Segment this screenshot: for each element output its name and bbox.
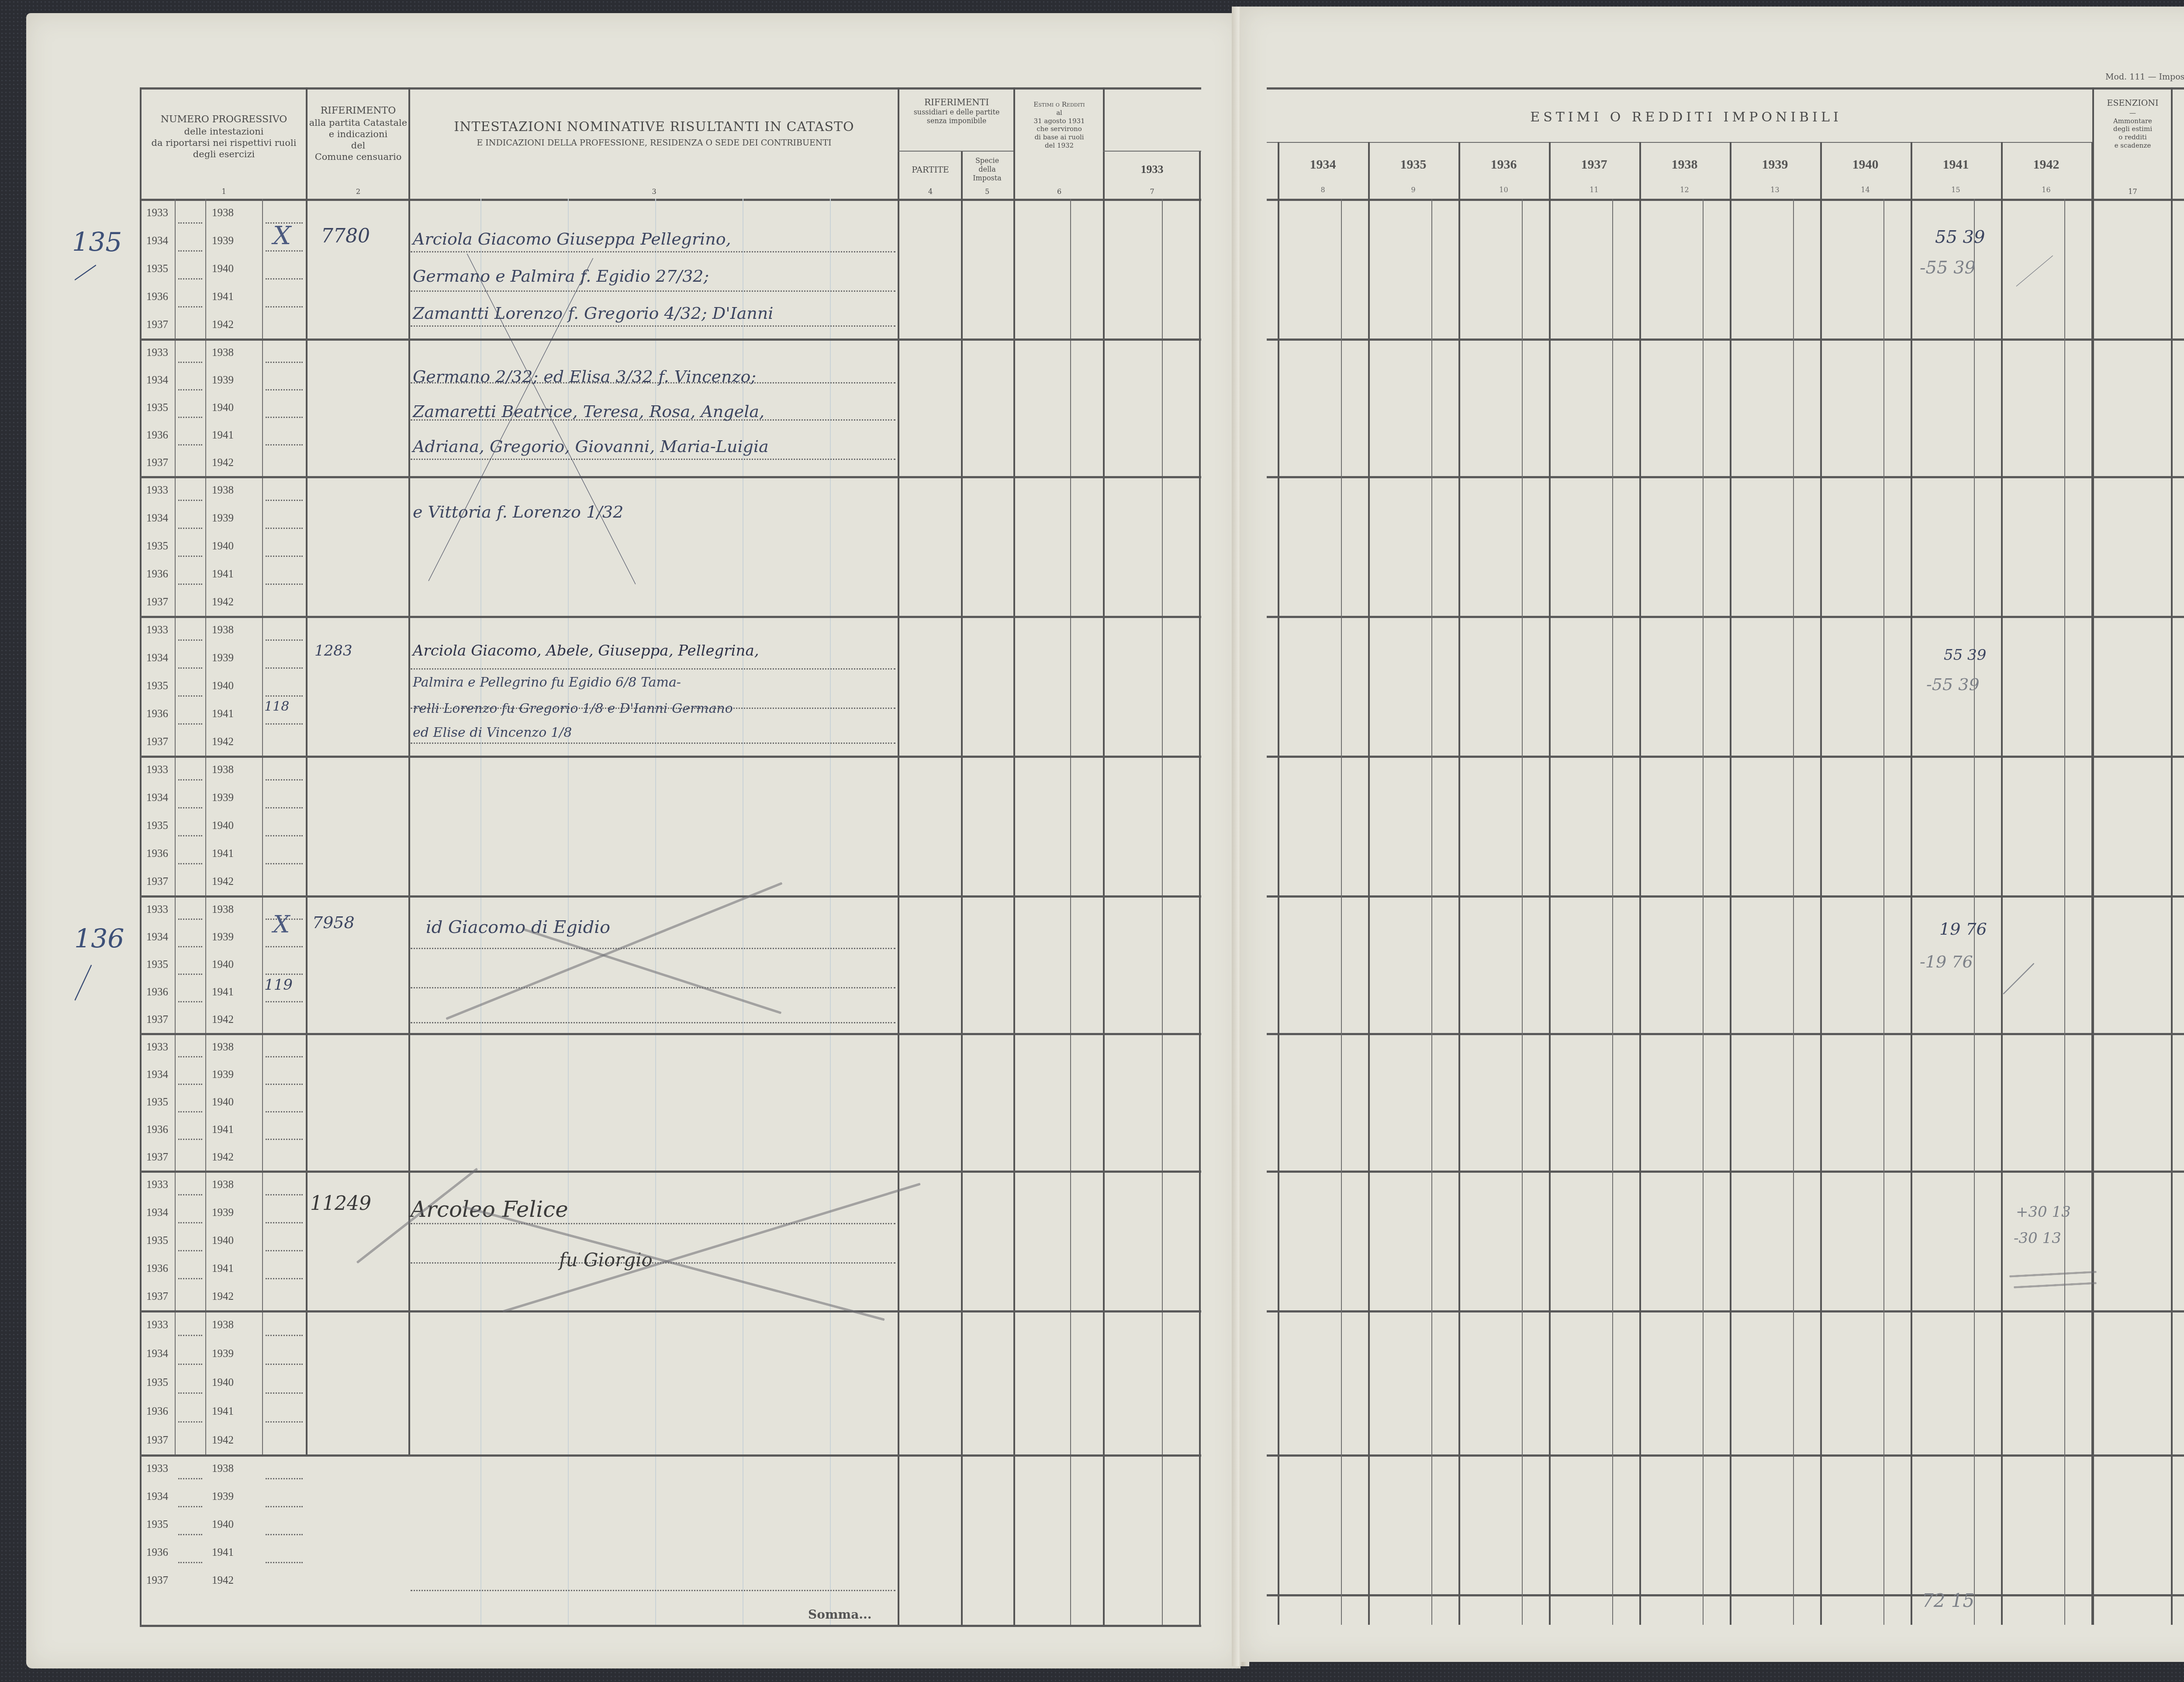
cents-divider [1793, 199, 1794, 1625]
header-sub: delle intestazioni [142, 126, 306, 137]
ruling [178, 417, 202, 418]
header-sub: e scadenze [2094, 142, 2171, 150]
ruling [266, 250, 303, 252]
entry-mark: X [273, 911, 290, 938]
year-label: 1941 [212, 1406, 234, 1418]
ruling [266, 1478, 303, 1479]
header-title: ANNOTAZIONI [2173, 132, 2184, 144]
header-title: Specie [961, 156, 1013, 165]
year-label: 1935 [146, 263, 168, 275]
year-label: 1942 [212, 1291, 234, 1303]
header-numero-progressivo: NUMERO PROGRESSIVO delle intestazioni da… [142, 92, 306, 199]
right-page-title: ESTIMI O REDDITI IMPONIBILI [1280, 109, 2092, 126]
header-sub: di base ai ruoli [1016, 133, 1103, 142]
ruling [178, 695, 202, 697]
ruling [178, 1222, 202, 1223]
year-column-header: 1934 [1278, 157, 1368, 172]
entry-partita: 7780 [321, 225, 370, 247]
ruling [178, 1478, 202, 1479]
ruling [178, 639, 202, 641]
year-label: 1940 [212, 263, 234, 275]
year-label: 1934 [146, 512, 168, 525]
ruling [178, 1139, 202, 1140]
ruling [178, 1421, 202, 1423]
header-1933: 1933 7 [1105, 153, 1199, 199]
year-column-header: 1936 [1458, 157, 1549, 172]
year-label: 1941 [212, 1547, 234, 1559]
ruling [178, 500, 202, 501]
year-label: 1940 [212, 959, 234, 971]
year-label: 1940 [212, 1377, 234, 1389]
year-label: 1941 [212, 568, 234, 580]
value-1941: 55 39 [1935, 227, 1985, 247]
ruling [178, 919, 202, 920]
year-label: 1936 [146, 1263, 168, 1275]
year-label: 1942 [212, 876, 234, 888]
year-label: 1933 [146, 624, 168, 636]
header-sub: — [2094, 109, 2171, 117]
ruling [266, 1056, 303, 1057]
ruling [266, 1392, 303, 1394]
entry-mark: X [273, 221, 291, 250]
cents-divider [1703, 199, 1704, 1625]
ruling [266, 1084, 303, 1085]
year-label: 1942 [212, 319, 234, 331]
year-label: 1938 [212, 904, 234, 916]
year-column-header: 1938 [1639, 157, 1730, 172]
year-label: 1933 [146, 1463, 168, 1475]
column-divider [2001, 142, 2003, 1625]
year-label: 1939 [212, 1348, 234, 1360]
year-label: 1935 [146, 540, 168, 553]
ruling [178, 1364, 202, 1365]
column-number: 1 [142, 187, 306, 196]
year-label: 1933 [146, 1041, 168, 1053]
value-1941-minus: -55 39 [1926, 675, 1980, 694]
ruling [266, 723, 303, 725]
ruling [178, 1534, 202, 1535]
entry-note-1941: 118 [264, 699, 289, 714]
year-label: 1941 [212, 848, 234, 860]
year-label: 1941 [212, 1263, 234, 1275]
header-title: ESENZIONI [2094, 98, 2171, 109]
ruling [178, 807, 202, 808]
entry-line: Germano e Palmira f. Egidio 27/32; [413, 266, 709, 286]
entry-partita: 1283 [314, 642, 352, 660]
header-sub: al [1016, 109, 1103, 117]
year-label: 1938 [212, 484, 234, 497]
ruling [178, 667, 202, 669]
ruling [178, 556, 202, 557]
column-number: 13 [1730, 186, 1820, 194]
column-number: 15 [1911, 186, 2001, 194]
year-label: 1938 [212, 347, 234, 359]
year-label: 1933 [146, 347, 168, 359]
entry-note-1941: 119 [264, 976, 293, 994]
ruling [178, 1111, 202, 1112]
year-label: 1939 [212, 374, 234, 387]
ruling [266, 667, 303, 669]
year-label: 1934 [146, 1348, 168, 1360]
column-divider [1730, 142, 1731, 1625]
header-riferimenti-sussidiari: RIFERIMENTI sussidiari e delle partite s… [900, 92, 1013, 151]
ruling [178, 1001, 202, 1002]
value-1941: 19 76 [1939, 919, 1987, 939]
ruling [178, 946, 202, 947]
header-estimi-1931: Estimi o Redditi al 31 agosto 1931 che s… [1016, 92, 1103, 199]
year-label: 1934 [146, 652, 168, 664]
column-number: 18 [2173, 187, 2184, 196]
column-number: 3 [411, 187, 898, 196]
ruling [266, 444, 303, 446]
year-label: 1939 [212, 792, 234, 804]
column-divider [1911, 142, 1912, 1625]
column-number: 6 [1016, 187, 1103, 196]
column-number: 2 [308, 187, 408, 196]
year-label: 1938 [212, 207, 234, 219]
year-label: 1940 [212, 1235, 234, 1247]
entry-line: Zamantti Lorenzo f. Gregorio 4/32; D'Ian… [413, 304, 773, 323]
year-label: 1938 [212, 1041, 234, 1053]
cents-divider [1431, 199, 1432, 1625]
year-label: 1933 [146, 207, 168, 219]
year-label: 1934 [146, 1491, 168, 1503]
year-label: 1941 [212, 1124, 234, 1136]
year-label: 1941 [212, 291, 234, 303]
ruling [266, 500, 303, 501]
ruling [266, 389, 303, 390]
entry-partita: 7958 [312, 913, 355, 932]
ruling [266, 362, 303, 363]
year-label: 1936 [146, 1406, 168, 1418]
year-label: 1937 [146, 876, 168, 888]
year-label: 1936 [146, 1124, 168, 1136]
entry-line: relli Lorenzo fu Gregorio 1/8 e D'Ianni … [413, 701, 733, 716]
ruling [266, 278, 303, 280]
cents-divider [1974, 199, 1975, 1625]
entry-line: Arciola Giacomo, Abele, Giuseppa, Pelleg… [413, 642, 759, 660]
header-title: PARTITE [900, 165, 961, 176]
header-sub: 31 agosto 1931 [1016, 117, 1103, 125]
header-title: NUMERO PROGRESSIVO [142, 114, 306, 126]
header-title: INTESTAZIONI NOMINATIVE RISULTANTI IN CA… [411, 119, 898, 135]
year-label: 1940 [212, 540, 234, 553]
header-sub: Ammontare [2094, 117, 2171, 125]
ruling [266, 695, 303, 697]
ruling [266, 974, 303, 975]
value-1941-minus: -55 39 [1920, 258, 1976, 278]
ruling [266, 1222, 303, 1223]
cents-divider [1883, 199, 1884, 1625]
year-label: 1938 [212, 1319, 234, 1331]
ruling [178, 528, 202, 529]
year-label: 1938 [212, 1179, 234, 1191]
year-label: 1936 [146, 1547, 168, 1559]
ruling [266, 1139, 303, 1140]
ruling [178, 1250, 202, 1251]
year-label: 1935 [146, 402, 168, 414]
ruling [178, 222, 202, 224]
value-1941: 55 39 [1944, 646, 1986, 664]
entry-line: e Vittoria f. Lorenzo 1/32 [413, 502, 623, 522]
year-label: 1939 [212, 931, 234, 943]
header-sub: o redditi [2094, 133, 2171, 142]
column-number: 4 [900, 187, 961, 196]
column-number: 8 [1278, 186, 1368, 194]
year-label: 1940 [212, 820, 234, 832]
year-label: 1935 [146, 1377, 168, 1389]
entry-line: id Giacomo di Egidio [426, 917, 610, 937]
ruling [266, 1506, 303, 1507]
year-label: 1940 [212, 402, 234, 414]
year-label: 1939 [212, 235, 234, 247]
year-label: 1938 [212, 624, 234, 636]
somma-1941: 72 15 [1922, 1590, 1974, 1611]
year-label: 1936 [146, 568, 168, 580]
year-label: 1935 [146, 820, 168, 832]
cents-divider [2064, 199, 2065, 1625]
cents-divider [1341, 199, 1342, 1625]
year-label: 1936 [146, 291, 168, 303]
header-sub: E INDICAZIONI DELLA PROFESSIONE, RESIDEN… [411, 138, 898, 149]
ruling [266, 1534, 303, 1535]
year-label: 1942 [212, 1434, 234, 1447]
ruling [266, 1335, 303, 1336]
column-number: 7 [1105, 187, 1199, 196]
year-label: 1942 [212, 736, 234, 748]
header-intestazioni: INTESTAZIONI NOMINATIVE RISULTANTI IN CA… [411, 92, 898, 199]
header-riferimento: RIFERIMENTO alla partita Catastale e ind… [308, 92, 408, 199]
ruling [178, 306, 202, 307]
ruling [178, 389, 202, 390]
ruling [266, 528, 303, 529]
year-label: 1935 [146, 1519, 168, 1531]
year-label: 1935 [146, 680, 168, 692]
somma-label: Somma... [808, 1607, 872, 1622]
year-label: 1935 [146, 959, 168, 971]
header-specie-imposta: Specie della Imposta 5 [961, 153, 1013, 199]
ruling [266, 306, 303, 307]
year-label: 1933 [146, 484, 168, 497]
year-label: 1939 [212, 652, 234, 664]
header-esenzioni: ESENZIONI — Ammontare degli estimi o red… [2094, 94, 2171, 199]
year-label: 1936 [146, 986, 168, 998]
estimi-title: ESTIMI O REDDITI IMPONIBILI [1280, 109, 2092, 126]
form-model-label: Mod. 111 — Imposte Dirette (intercalare) [2105, 72, 2184, 82]
year-label: 1936 [146, 848, 168, 860]
year-label: 1933 [146, 1319, 168, 1331]
year-label: 1942 [212, 1014, 234, 1026]
year-label: 1942 [212, 1575, 234, 1587]
year-label: 1941 [212, 429, 234, 442]
ruling [266, 556, 303, 557]
year-column-header: 1937 [1549, 157, 1639, 172]
year-label: 1933 [146, 904, 168, 916]
year-label: 1934 [146, 931, 168, 943]
header-annotazioni: ANNOTAZIONI 18 [2173, 94, 2184, 199]
year-label: 1937 [146, 457, 168, 469]
year-column-header: 1939 [1730, 157, 1820, 172]
entry-line: Zamaretti Beatrice, Teresa, Rosa, Angela… [413, 402, 764, 421]
year-label: 1934 [146, 235, 168, 247]
ruling [178, 1335, 202, 1336]
column-divider [2091, 142, 2093, 1625]
year-label: 1934 [146, 792, 168, 804]
column-divider [1820, 142, 1822, 1625]
ruling [266, 863, 303, 864]
year-label: 1941 [212, 708, 234, 720]
year-label: 1939 [212, 512, 234, 525]
entry-line: Arciola Giacomo Giuseppa Pellegrino, [413, 229, 731, 249]
column-number: 17 [2094, 187, 2171, 196]
column-divider [1458, 142, 1460, 1625]
ruling [266, 1364, 303, 1365]
ruling [266, 807, 303, 808]
year-label: 1939 [212, 1069, 234, 1081]
ruling [266, 835, 303, 836]
entry-line: ed Elise di Vincenzo 1/8 [413, 725, 572, 740]
header-partite: PARTITE 4 [900, 153, 961, 199]
column-number: 16 [2001, 186, 2091, 194]
year-column-header: 1935 [1368, 157, 1458, 172]
year-label: 1942 [212, 1151, 234, 1164]
year-label: 1937 [146, 736, 168, 748]
year-column-header: 1940 [1820, 157, 1911, 172]
header-sub: del 1932 [1016, 142, 1103, 150]
ruling [178, 723, 202, 725]
year-label: 1939 [212, 1491, 234, 1503]
year-label: 1937 [146, 1575, 168, 1587]
header-title: Estimi o Redditi [1016, 100, 1103, 109]
year-label: 1937 [146, 1151, 168, 1164]
value-1941-minus: -19 76 [1920, 952, 1973, 971]
ruling [178, 278, 202, 280]
year-label: 1934 [146, 1207, 168, 1219]
header-sub: degli esercizi [142, 149, 306, 160]
year-label: 1939 [212, 1207, 234, 1219]
value-1941-minus: -30 13 [2014, 1230, 2061, 1247]
ruling [266, 1250, 303, 1251]
right-page [1241, 7, 2184, 1662]
year-label: 1933 [146, 1179, 168, 1191]
ruling [266, 1421, 303, 1423]
ruling [178, 1392, 202, 1394]
header-sub: e indicazioni [308, 128, 408, 140]
year-label: 1937 [146, 1291, 168, 1303]
ruling [178, 1506, 202, 1507]
header-sub: sussidiari e delle partite [900, 108, 1013, 117]
column-number: 14 [1820, 186, 1911, 194]
column-number: 12 [1639, 186, 1730, 194]
column-number: 10 [1458, 186, 1549, 194]
entry-line: Palmira e Pellegrino fu Egidio 6/8 Tama- [413, 675, 681, 690]
header-title: RIFERIMENTO [308, 105, 408, 117]
ruling [178, 362, 202, 363]
ruling [266, 946, 303, 947]
header-title: RIFERIMENTI [900, 97, 1013, 108]
header-title: 1933 [1105, 162, 1199, 177]
year-label: 1936 [146, 708, 168, 720]
year-label: 1938 [212, 1463, 234, 1475]
year-label: 1937 [146, 596, 168, 608]
year-column-header: 1942 [2001, 157, 2091, 172]
entry-partita: 11249 [310, 1192, 371, 1215]
header-sub: degli estimi [2094, 125, 2171, 133]
ruling [178, 584, 202, 585]
header-title: della [961, 165, 1013, 174]
ruling [178, 1194, 202, 1195]
ruling [178, 444, 202, 446]
column-divider [1549, 142, 1551, 1625]
ruling [178, 1056, 202, 1057]
year-label: 1937 [146, 319, 168, 331]
header-sub: del [308, 140, 408, 151]
column-number: 5 [961, 187, 1013, 196]
value-1941: +30 13 [2016, 1203, 2071, 1221]
year-column-header: 1941 [1911, 157, 2001, 172]
ruling [266, 1562, 303, 1563]
ruling [178, 974, 202, 975]
column-number: 9 [1368, 186, 1458, 194]
year-label: 1937 [146, 1434, 168, 1447]
year-label: 1934 [146, 1069, 168, 1081]
ruling [266, 1194, 303, 1195]
cents-divider [1612, 199, 1613, 1625]
ruling [266, 1001, 303, 1002]
margin-number: 135 [72, 227, 122, 258]
year-label: 1937 [146, 1014, 168, 1026]
ruling [178, 1084, 202, 1085]
year-label: 1940 [212, 1096, 234, 1109]
entry-line: Germano 2/32; ed Elisa 3/32 f. Vincenzo; [413, 367, 756, 386]
ruling [266, 639, 303, 641]
left-page [26, 13, 1241, 1668]
ruling [178, 250, 202, 252]
year-label: 1933 [146, 764, 168, 776]
header-sub: alla partita Catastale [308, 117, 408, 128]
header-sub: che servirono [1016, 125, 1103, 133]
ruling [178, 779, 202, 781]
year-label: 1935 [146, 1235, 168, 1247]
header-sub: senza imponibile [900, 117, 1013, 125]
ruling [266, 584, 303, 585]
ruling [266, 1111, 303, 1112]
header-sub: Comune censuario [308, 151, 408, 162]
year-label: 1940 [212, 1519, 234, 1531]
year-label: 1940 [212, 680, 234, 692]
cents-divider [1522, 199, 1523, 1625]
year-label: 1942 [212, 596, 234, 608]
year-label: 1942 [212, 457, 234, 469]
year-label: 1941 [212, 986, 234, 998]
ruling [178, 1562, 202, 1563]
ruling [178, 863, 202, 864]
ruling [266, 1278, 303, 1279]
ruling [266, 417, 303, 418]
column-number: 11 [1549, 186, 1639, 194]
header-title: Imposta [961, 174, 1013, 183]
column-divider [1368, 142, 1370, 1625]
margin-number: 136 [74, 924, 124, 954]
year-label: 1938 [212, 764, 234, 776]
ruling [266, 779, 303, 781]
column-divider [1639, 142, 1641, 1625]
ruling [178, 1278, 202, 1279]
entry-line: Adriana, Gregorio, Giovanni, Maria-Luigi… [413, 437, 769, 456]
year-label: 1934 [146, 374, 168, 387]
year-label: 1936 [146, 429, 168, 442]
header-sub: da riportarsi nei rispettivi ruoli [142, 137, 306, 149]
